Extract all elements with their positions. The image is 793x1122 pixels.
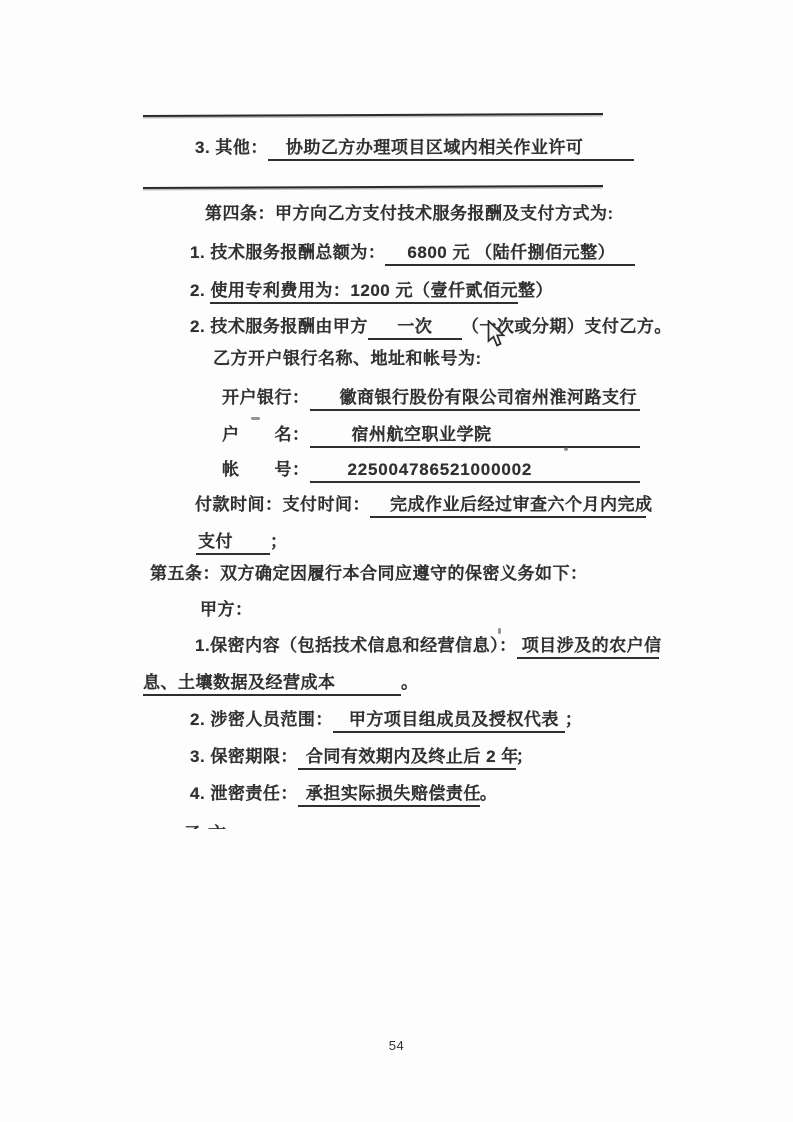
clause-3-underlined-value: 协助乙方办理项目区域内相关作业许可 [268,138,634,161]
account-name-label: 户 名： [222,425,310,444]
confidential-content-prefix: 1.保密内容（包括技术信息和经营信息）： [195,636,517,655]
leak-liability-suffix: 。 [480,784,498,803]
confidential-people-suffix: ； [565,710,583,729]
confidential-period-line: 3. 保密期限：合同有效期内及终止后 2 年； [190,747,533,770]
cursor-arrow-icon [487,320,507,349]
confidential-content-line2: 息、土壤数据及经营成本。 [143,673,419,696]
clause-3-line: 3. 其他：协助乙方办理项目区域内相关作业许可 [195,138,634,161]
party-a-label: 甲方： [200,600,253,620]
scanned-contract-page: 3. 其他：协助乙方办理项目区域内相关作业许可 第四条：甲方向乙方支付技术服务报… [0,0,793,1122]
confidential-content-underlined-value1: 项目涉及的农户信 [517,636,659,659]
pay-time-row: 付款时间：支付时间：完成作业后经过审查六个月内完成 [195,495,646,518]
article-5-heading: 第五条：双方确定因履行本合同应遵守的保密义务如下： [150,564,588,584]
account-name-row: 户 名：宿州航空职业学院 [222,425,640,448]
pay-time-underlined-value: 完成作业后经过审查六个月内完成 [370,495,646,518]
leak-liability-line: 4. 泄密责任：承担实际损失赔偿责任。 [190,784,497,807]
pay-method-prefix: 2. 技术服务报酬由甲方 [190,317,368,336]
patent-fee-prefix: 2. [190,281,210,300]
clipped-next-line: 乙方 [184,820,254,829]
horizontal-rule-top [143,113,603,117]
pay-time-label: 付款时间：支付时间： [195,495,370,514]
pay-method-underlined-value: 一次 [368,317,462,340]
horizontal-rule-mid [143,185,603,189]
mouse-cursor [487,320,507,354]
confidential-people-underlined-value: 甲方项目组成员及授权代表 [333,710,565,733]
patent-fee-line: 2. 使用专利费用为：1200 元（壹仟贰佰元整） [190,281,518,304]
pay-time-suffix: ； [270,532,288,551]
clause-3-prefix: 3. 其他： [195,138,268,157]
pay-time-wrap-row: 支付； [196,532,288,555]
page-number: 54 [0,1038,793,1053]
patent-fee-underlined-value: 使用专利费用为：1200 元（壹仟贰佰元整） [210,281,518,304]
scan-speck [498,628,501,634]
clipped-next-line-text: 乙方 [184,824,232,829]
bank-intro-line: 乙方开户银行名称、地址和帐号为: [213,349,482,369]
confidential-period-underlined-value: 合同有效期内及终止后 2 年 [298,747,516,770]
confidential-period-prefix: 3. 保密期限： [190,747,298,766]
account-number-row: 帐 号：225004786521000002 [222,460,640,483]
bank-name-row: 开户银行：徽商银行股份有限公司宿州淮河路支行 [222,388,640,411]
confidential-content-suffix: 。 [401,673,419,692]
account-name-underlined-value: 宿州航空职业学院 [310,425,640,448]
account-number-label: 帐 号： [222,460,310,479]
fee-total-underlined-value: 6800 元 （陆仟捌佰元整） [385,243,635,266]
bank-name-label: 开户银行： [222,388,310,407]
confidential-people-prefix: 2. 涉密人员范围： [190,710,333,729]
scan-speck [564,447,568,451]
confidential-people-line: 2. 涉密人员范围：甲方项目组成员及授权代表； [190,710,582,733]
confidential-period-suffix: ； [516,747,534,766]
pay-method-line: 2. 技术服务报酬由甲方一次（一次或分期）支付乙方。 [190,317,672,340]
confidential-content-underlined-value2: 息、土壤数据及经营成本 [143,673,401,696]
leak-liability-underlined-value: 承担实际损失赔偿责任 [298,784,480,807]
pay-time-underlined-value-2: 支付 [196,532,270,555]
bank-name-underlined-value: 徽商银行股份有限公司宿州淮河路支行 [310,388,640,411]
leak-liability-prefix: 4. 泄密责任： [190,784,298,803]
confidential-content-line1: 1.保密内容（包括技术信息和经营信息）：项目涉及的农户信 [195,636,659,659]
account-number-underlined-value: 225004786521000002 [310,460,640,483]
fee-total-prefix: 1. 技术服务报酬总额为： [190,243,385,262]
article-4-heading: 第四条：甲方向乙方支付技术服务报酬及支付方式为: [205,204,614,224]
fee-total-line: 1. 技术服务报酬总额为：6800 元 （陆仟捌佰元整） [190,243,635,266]
scan-speck [251,417,260,420]
